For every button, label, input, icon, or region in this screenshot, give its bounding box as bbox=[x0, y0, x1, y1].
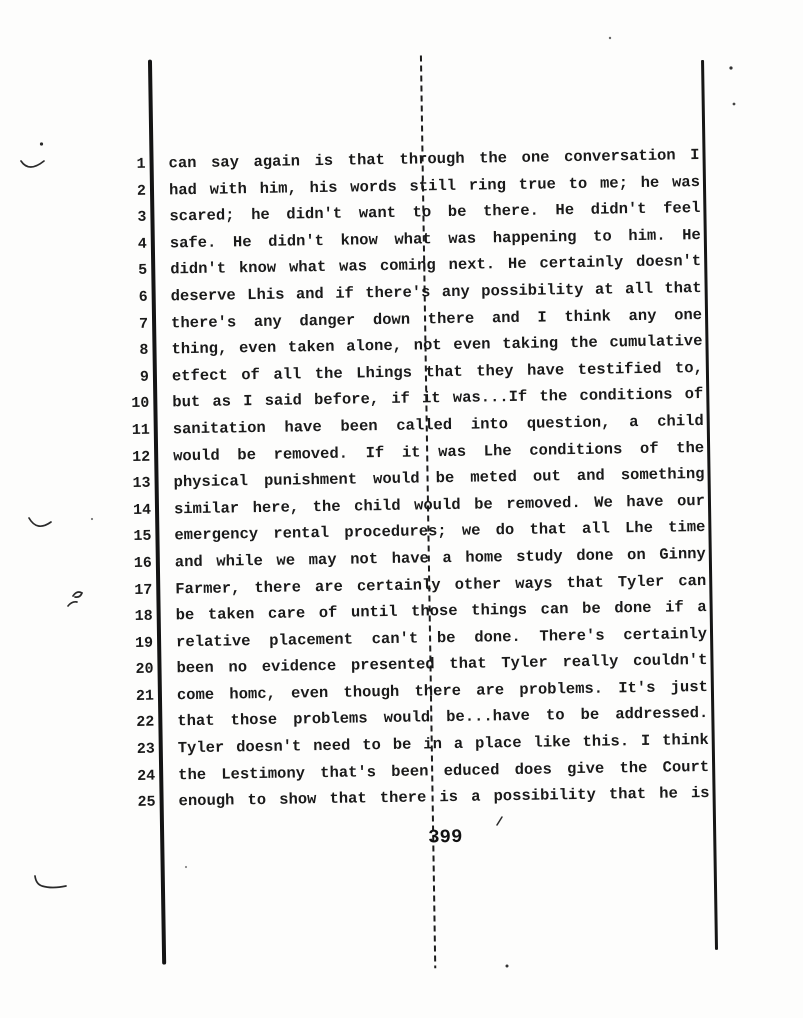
line-number: 6 bbox=[112, 289, 148, 307]
page-number: 399 bbox=[428, 826, 463, 849]
line-number: 25 bbox=[119, 794, 155, 812]
line-number: 18 bbox=[117, 608, 153, 626]
line-number: 4 bbox=[111, 236, 147, 254]
line-number: 9 bbox=[113, 368, 149, 386]
line-number: 21 bbox=[118, 688, 154, 706]
transcript-line-text: can say again is that through the one co… bbox=[168, 146, 699, 172]
scanned-sheet: 1can say again is that through the one c… bbox=[0, 0, 803, 1018]
line-number: 8 bbox=[112, 342, 148, 360]
line-number: 10 bbox=[113, 395, 149, 413]
transcript-body: 1can say again is that through the one c… bbox=[109, 146, 709, 820]
line-number: 19 bbox=[117, 634, 153, 652]
line-number: 11 bbox=[114, 422, 150, 440]
line-number: 20 bbox=[117, 661, 153, 679]
line-number: 7 bbox=[112, 315, 148, 333]
court-transcript-page: 1can say again is that through the one c… bbox=[0, 0, 803, 1018]
line-number: 17 bbox=[116, 581, 152, 599]
line-number: 14 bbox=[115, 501, 151, 519]
line-number: 12 bbox=[114, 448, 150, 466]
line-number: 1 bbox=[109, 156, 145, 174]
line-number: 2 bbox=[110, 182, 146, 200]
line-number: 3 bbox=[110, 209, 146, 227]
line-number: 23 bbox=[119, 741, 155, 759]
line-number: 16 bbox=[116, 555, 152, 573]
line-number: 5 bbox=[111, 262, 147, 280]
line-number: 22 bbox=[118, 714, 154, 732]
line-number: 15 bbox=[115, 528, 151, 546]
line-number: 13 bbox=[114, 475, 150, 493]
line-number: 24 bbox=[119, 767, 155, 785]
